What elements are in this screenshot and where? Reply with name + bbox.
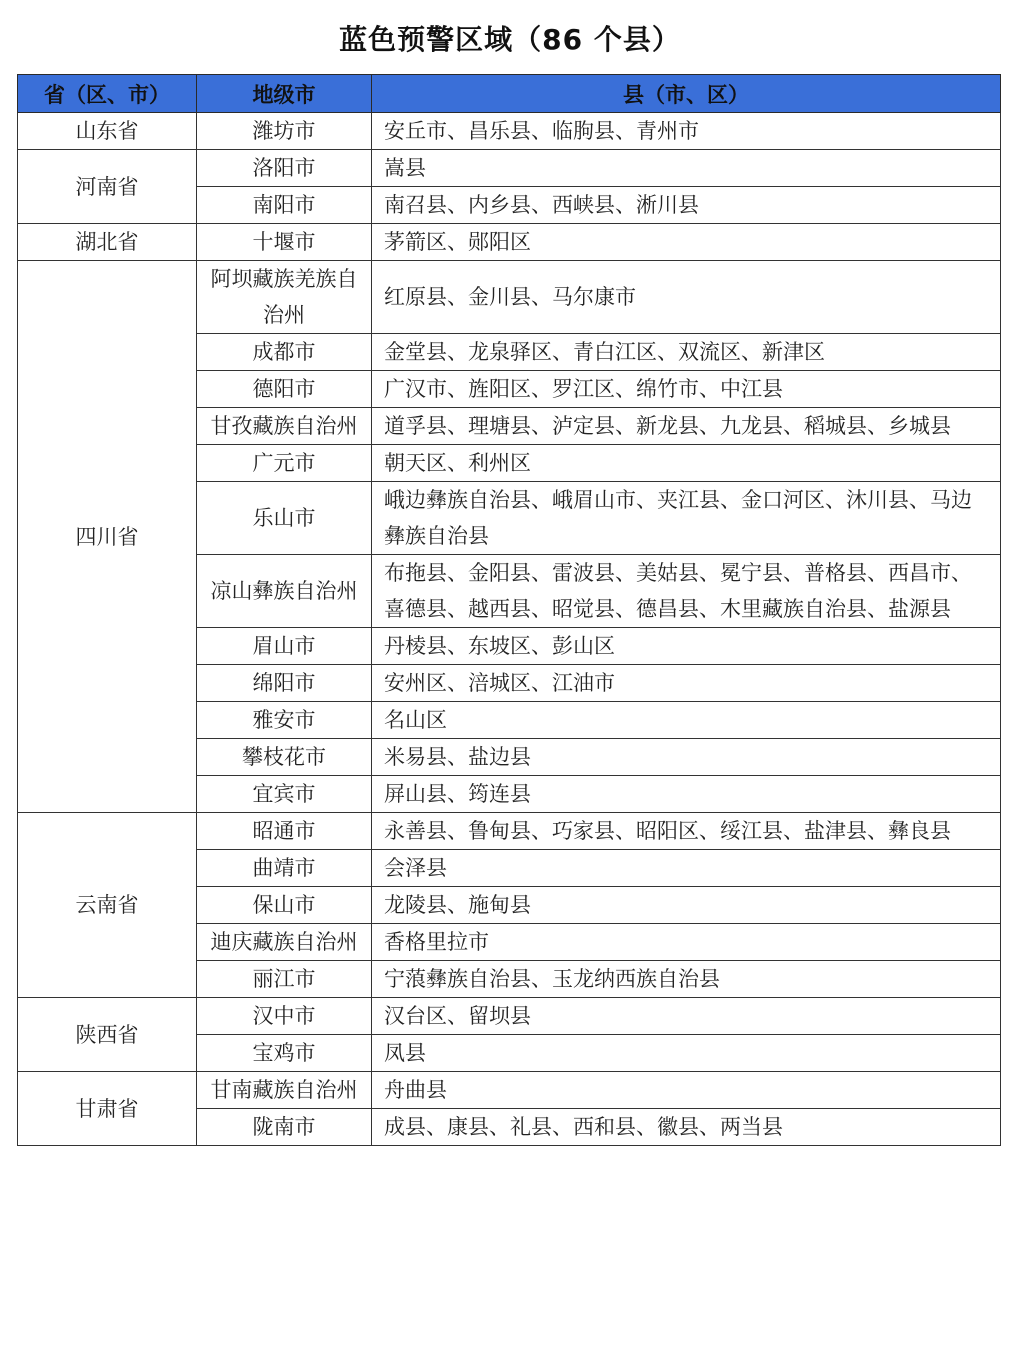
province-cell: 山东省: [18, 113, 197, 150]
city-cell: 昭通市: [197, 813, 372, 850]
page-title: 蓝色预警区域（86 个县）: [0, 18, 1020, 58]
table-row: 山东省 潍坊市 安丘市、昌乐县、临朐县、青州市: [18, 113, 1001, 150]
county-cell: 成县、康县、礼县、西和县、徽县、两当县: [372, 1109, 1001, 1146]
table-row: 河南省 洛阳市 嵩县: [18, 150, 1001, 187]
county-cell: 汉台区、留坝县: [372, 998, 1001, 1035]
county-cell: 广汉市、旌阳区、罗江区、绵竹市、中江县: [372, 371, 1001, 408]
city-cell: 迪庆藏族自治州: [197, 924, 372, 961]
header-province: 省（区、市）: [18, 75, 197, 113]
county-cell: 安州区、涪城区、江油市: [372, 665, 1001, 702]
city-cell: 保山市: [197, 887, 372, 924]
county-cell: 名山区: [372, 702, 1001, 739]
table-row: 甘肃省 甘南藏族自治州 舟曲县: [18, 1072, 1001, 1109]
city-cell: 雅安市: [197, 702, 372, 739]
county-cell: 永善县、鲁甸县、巧家县、昭阳区、绥江县、盐津县、彝良县: [372, 813, 1001, 850]
city-cell: 宜宾市: [197, 776, 372, 813]
city-cell: 陇南市: [197, 1109, 372, 1146]
city-cell: 曲靖市: [197, 850, 372, 887]
city-cell: 绵阳市: [197, 665, 372, 702]
county-cell: 安丘市、昌乐县、临朐县、青州市: [372, 113, 1001, 150]
province-cell: 甘肃省: [18, 1072, 197, 1146]
county-cell: 金堂县、龙泉驿区、青白江区、双流区、新津区: [372, 334, 1001, 371]
county-cell: 屏山县、筠连县: [372, 776, 1001, 813]
city-cell: 潍坊市: [197, 113, 372, 150]
province-cell: 陕西省: [18, 998, 197, 1072]
city-cell: 凉山彝族自治州: [197, 555, 372, 628]
table-row: 云南省 昭通市 永善县、鲁甸县、巧家县、昭阳区、绥江县、盐津县、彝良县: [18, 813, 1001, 850]
header-city: 地级市: [197, 75, 372, 113]
city-cell: 乐山市: [197, 482, 372, 555]
city-cell: 十堰市: [197, 224, 372, 261]
city-cell: 眉山市: [197, 628, 372, 665]
city-cell: 成都市: [197, 334, 372, 371]
city-cell: 广元市: [197, 445, 372, 482]
table-header-row: 省（区、市） 地级市 县（市、区）: [18, 75, 1001, 113]
city-cell: 汉中市: [197, 998, 372, 1035]
county-cell: 丹棱县、东坡区、彭山区: [372, 628, 1001, 665]
county-cell: 宁蒗彝族自治县、玉龙纳西族自治县: [372, 961, 1001, 998]
county-cell: 舟曲县: [372, 1072, 1001, 1109]
table-row: 四川省 阿坝藏族羌族自治州 红原县、金川县、马尔康市: [18, 261, 1001, 334]
city-cell: 丽江市: [197, 961, 372, 998]
city-cell: 攀枝花市: [197, 739, 372, 776]
county-cell: 龙陵县、施甸县: [372, 887, 1001, 924]
city-cell: 甘南藏族自治州: [197, 1072, 372, 1109]
county-cell: 峨边彝族自治县、峨眉山市、夹江县、金口河区、沐川县、马边彝族自治县: [372, 482, 1001, 555]
city-cell: 南阳市: [197, 187, 372, 224]
county-cell: 南召县、内乡县、西峡县、淅川县: [372, 187, 1001, 224]
table-row: 湖北省 十堰市 茅箭区、郧阳区: [18, 224, 1001, 261]
city-cell: 甘孜藏族自治州: [197, 408, 372, 445]
province-cell: 湖北省: [18, 224, 197, 261]
city-cell: 宝鸡市: [197, 1035, 372, 1072]
province-cell: 四川省: [18, 261, 197, 813]
county-cell: 茅箭区、郧阳区: [372, 224, 1001, 261]
county-cell: 道孚县、理塘县、泸定县、新龙县、九龙县、稻城县、乡城县: [372, 408, 1001, 445]
county-cell: 香格里拉市: [372, 924, 1001, 961]
county-cell: 红原县、金川县、马尔康市: [372, 261, 1001, 334]
county-cell: 布拖县、金阳县、雷波县、美姑县、冕宁县、普格县、西昌市、喜德县、越西县、昭觉县、…: [372, 555, 1001, 628]
county-cell: 凤县: [372, 1035, 1001, 1072]
city-cell: 洛阳市: [197, 150, 372, 187]
county-cell: 朝天区、利州区: [372, 445, 1001, 482]
header-county: 县（市、区）: [372, 75, 1001, 113]
county-cell: 嵩县: [372, 150, 1001, 187]
city-cell: 阿坝藏族羌族自治州: [197, 261, 372, 334]
city-cell: 德阳市: [197, 371, 372, 408]
county-cell: 米易县、盐边县: [372, 739, 1001, 776]
province-cell: 河南省: [18, 150, 197, 224]
province-cell: 云南省: [18, 813, 197, 998]
county-cell: 会泽县: [372, 850, 1001, 887]
table-row: 陕西省 汉中市 汉台区、留坝县: [18, 998, 1001, 1035]
warning-region-table: 省（区、市） 地级市 县（市、区） 山东省 潍坊市 安丘市、昌乐县、临朐县、青州…: [17, 74, 1001, 1146]
